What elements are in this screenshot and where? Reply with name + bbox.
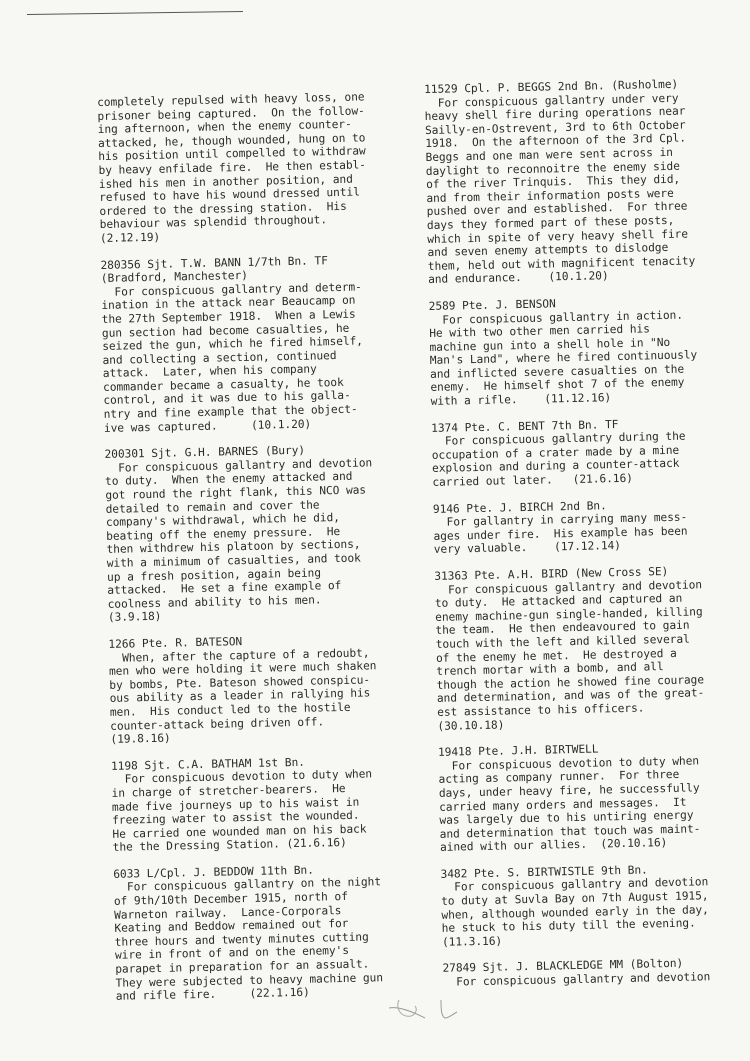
- top-rule-line: [27, 11, 243, 15]
- left-column: completely repulsed with heavy loss, one…: [97, 90, 416, 1017]
- right-column: 11529 Cpl. P. BEGGS 2nd Bn. (Rusholme) F…: [424, 77, 743, 1003]
- citation-entry: 31363 Pte. A.H. BIRD (New Cross SE) For …: [434, 564, 737, 733]
- handwritten-page-mark: [385, 998, 465, 1028]
- citation-entry: 19418 Pte. J.H. BIRTWELL For conspicuous…: [438, 740, 740, 855]
- citation-entry: 200301 Sjt. G.H. BARNES (Bury) For consp…: [104, 442, 408, 625]
- citation-entry: 9146 Pte. J. BIRCH 2nd Bn. For gallantry…: [433, 496, 734, 557]
- citation-entry: 11529 Cpl. P. BEGGS 2nd Bn. (Rusholme) F…: [424, 77, 728, 287]
- citation-entry: 2589 Pte. J. BENSON For conspicuous gall…: [429, 294, 731, 409]
- citation-entry: 1374 Pte. C. BENT 7th Bn. TF For conspic…: [431, 415, 732, 489]
- citation-entry: 280356 Sjt. T.W. BANN 1/7th Bn. TF(Bradf…: [100, 252, 404, 435]
- citation-entry: 27849 Sjt. J. BLACKLEDGE MM (Bolton) For…: [442, 956, 743, 989]
- citation-entry: 1198 Sjt. C.A. BATHAM 1st Bn. For conspi…: [111, 753, 413, 854]
- citation-entry: 6033 L/Cpl. J. BEDDOW 11th Bn. For consp…: [113, 861, 416, 1003]
- citation-entry: completely repulsed with heavy loss, one…: [97, 90, 400, 246]
- citation-entry: 1266 Pte. R. BATESON When, after the cap…: [108, 632, 410, 747]
- citation-entry: 3482 Pte. S. BIRTWISTLE 9th Bn. For cons…: [440, 861, 742, 949]
